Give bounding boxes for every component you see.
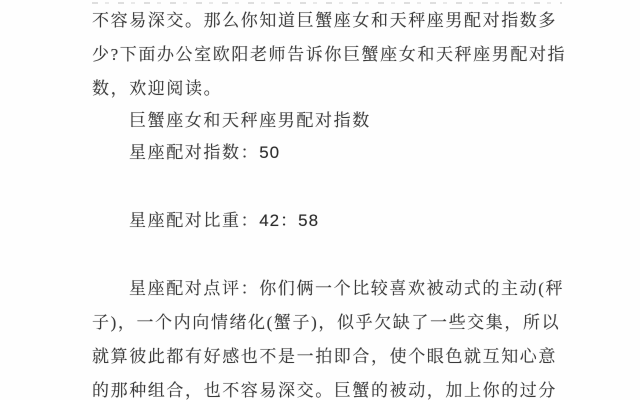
intro-line-3: 数，欢迎阅读。 (92, 78, 222, 100)
intro-line-1: 不容易深交。那么你知道巨蟹座女和天秤座男配对指数多 (92, 10, 557, 32)
pair-ratio-line: 星座配对比重：42：58 (129, 210, 319, 232)
article-page: 不容易深交。那么你知道巨蟹座女和天秤座男配对指数多 少?下面办公室欧阳老师告诉你… (0, 0, 640, 400)
article-heading: 巨蟹座女和天秤座男配对指数 (129, 110, 371, 132)
pair-index-line: 星座配对指数：50 (129, 142, 280, 164)
comment-line-2: 子)，一个内向情绪化(蟹子)，似乎欠缺了一些交集，所以 (92, 312, 560, 334)
comment-line-1: 星座配对点评：你们俩一个比较喜欢被动式的主动(秤 (129, 278, 564, 300)
pair-index-label: 星座配对指数： (129, 143, 259, 162)
pair-ratio-label: 星座配对比重： (129, 211, 259, 230)
intro-line-2: 少?下面办公室欧阳老师告诉你巨蟹座女和天秤座男配对指 (92, 44, 566, 66)
comment-line-4: 的那种组合，也不容易深交。巨蟹的被动，加上你的过分 (92, 380, 557, 400)
comment-line-3: 就算彼此都有好感也不是一拍即合，使个眼色就互知心意 (92, 346, 557, 368)
pair-index-value: 50 (259, 143, 280, 162)
cropped-text-remnant (92, 0, 562, 4)
pair-ratio-value: 42：58 (259, 211, 319, 230)
